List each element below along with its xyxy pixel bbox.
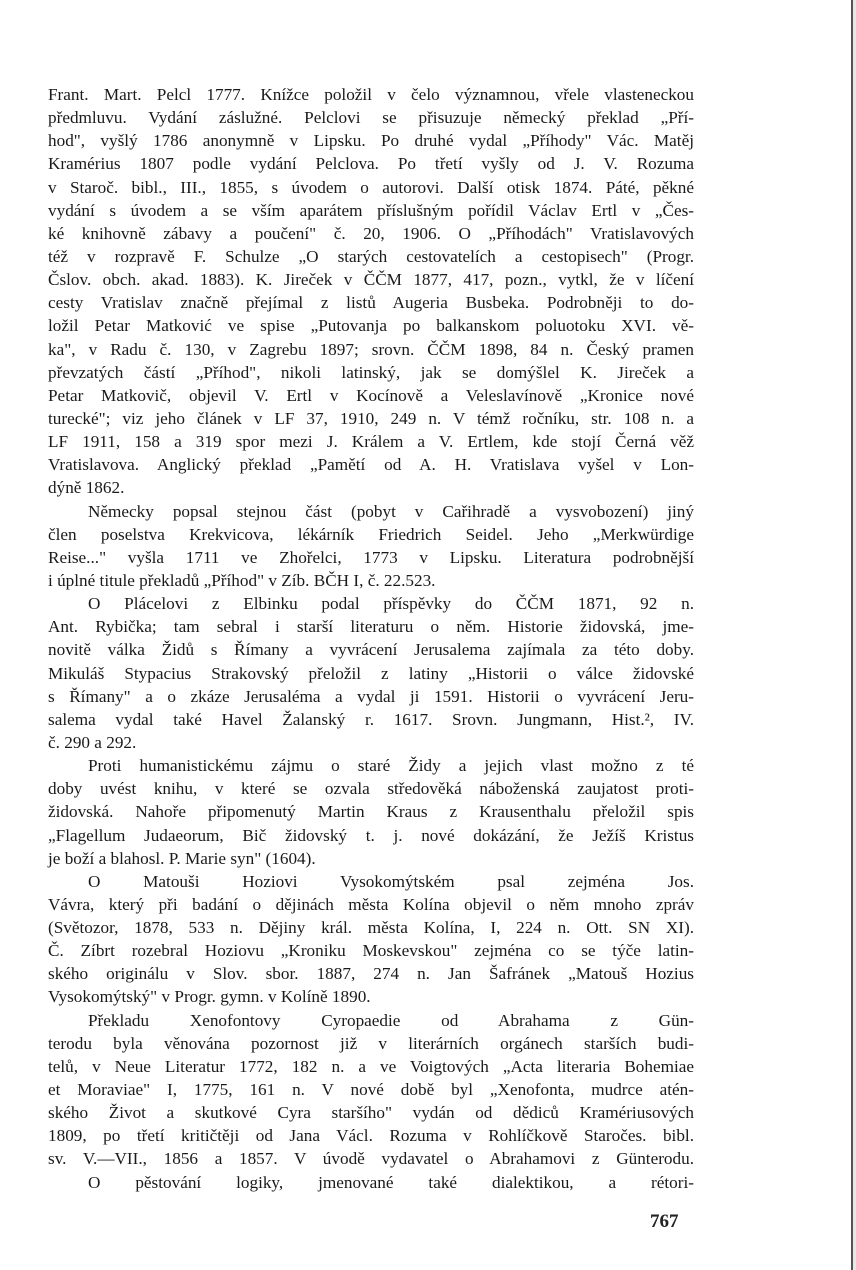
text-line: doby uvést knihu, v které se ozvala stře… xyxy=(48,777,694,800)
text-line: Čslov. obch. akad. 1883). K. Jireček v Č… xyxy=(48,268,694,291)
page-number: 767 xyxy=(650,1211,679,1233)
text-line: terodu byla věnována pozornost již v lit… xyxy=(48,1032,694,1055)
text-line: Kramérius 1807 podle vydání Pelclova. Po… xyxy=(48,152,694,175)
text-line: Reise..." vyšla 1711 ve Zhořelci, 1773 v… xyxy=(48,546,694,569)
text-line: Vávra, který při badání o dějinách města… xyxy=(48,893,694,916)
text-line: cesty Vratislav značně přejímal z listů … xyxy=(48,291,694,314)
text-line: LF 1911, 158 a 319 spor mezi J. Králem a… xyxy=(48,430,694,453)
text-line: předmluvu. Vydání záslužné. Pelclovi se … xyxy=(48,106,694,129)
paragraph-start-line: O Matouši Hoziovi Vysokomýtském psal zej… xyxy=(48,870,694,893)
text-line: „Flagellum Judaeorum, Bič židovský t. j.… xyxy=(48,824,694,847)
text-line: ké knihovně zábavy a poučení" č. 20, 190… xyxy=(48,222,694,245)
text-line: salema vydal také Havel Žalanský r. 1617… xyxy=(48,708,694,731)
paragraph-start-line: Proti humanistickému zájmu o staré Židy … xyxy=(48,754,694,777)
text-line: dýně 1862. xyxy=(48,476,694,499)
text-line: Mikuláš Stypacius Strakovský přeložil z … xyxy=(48,662,694,685)
text-line: Frant. Mart. Pelcl 1777. Knížce položil … xyxy=(48,83,694,106)
text-line: židovská. Nahoře připomenutý Martin Krau… xyxy=(48,800,694,823)
text-line: Ant. Rybička; tam sebral i starší litera… xyxy=(48,615,694,638)
text-line: je boží a blahosl. P. Marie syn" (1604). xyxy=(48,847,694,870)
text-line: ského Život a skutkové Cyra staršího" vy… xyxy=(48,1101,694,1124)
text-line: telů, v Neue Literatur 1772, 182 n. a ve… xyxy=(48,1055,694,1078)
text-line: č. 290 a 292. xyxy=(48,731,694,754)
text-line: i úplné titule překladů „Příhod" v Zíb. … xyxy=(48,569,694,592)
paragraph-start-line: Překladu Xenofontovy Cyropaedie od Abrah… xyxy=(48,1009,694,1032)
text-line: též v rozpravě F. Schulze „O starých ces… xyxy=(48,245,694,268)
page-edge-line xyxy=(851,0,853,1270)
text-line: et Moraviae" I, 1775, 161 n. V nové době… xyxy=(48,1078,694,1101)
text-line: Petar Matkovič, objevil V. Ertl v Kocíno… xyxy=(48,384,694,407)
text-line: vydání s úvodem a se vším aparátem přísl… xyxy=(48,199,694,222)
body-text: Frant. Mart. Pelcl 1777. Knížce položil … xyxy=(48,83,694,1194)
text-line: člen poselstva Krekvicova, lékárník Frie… xyxy=(48,523,694,546)
text-line: 1809, po třetí kritičtěji od Jana Václ. … xyxy=(48,1124,694,1147)
text-line: Vratislavova. Anglický překlad „Pamětí o… xyxy=(48,453,694,476)
text-line: ložil Petar Matković ve spise „Putovanja… xyxy=(48,314,694,337)
text-line: ka", v Radu č. 130, v Zagrebu 1897; srov… xyxy=(48,338,694,361)
text-line: (Světozor, 1878, 533 n. Dějiny král. měs… xyxy=(48,916,694,939)
text-line: ského originálu v Slov. sbor. 1887, 274 … xyxy=(48,962,694,985)
text-line: v Staroč. bibl., III., 1855, s úvodem o … xyxy=(48,176,694,199)
paragraph-start-line: Německy popsal stejnou část (pobyt v Cař… xyxy=(48,500,694,523)
text-line: převzatých částí „Příhod", nikoli latins… xyxy=(48,361,694,384)
text-line: s Římany" a o zkáze Jerusaléma a vydal j… xyxy=(48,685,694,708)
text-line: novitě válka Židů s Římany a vyvrácení J… xyxy=(48,638,694,661)
text-line: Č. Zíbrt rozebral Hoziovu „Kroniku Moske… xyxy=(48,939,694,962)
text-line: turecké"; viz jeho článek v LF 37, 1910,… xyxy=(48,407,694,430)
paragraph-start-line: O Plácelovi z Elbinku podal příspěvky do… xyxy=(48,592,694,615)
text-line: sv. V.—VII., 1856 a 1857. V úvodě vydava… xyxy=(48,1147,694,1170)
text-line: hod", vyšlý 1786 anonymně v Lipsku. Po d… xyxy=(48,129,694,152)
text-line: Vysokomýtský" v Progr. gymn. v Kolíně 18… xyxy=(48,985,694,1008)
paragraph-start-line: O pěstování logiky, jmenované také diale… xyxy=(48,1171,694,1194)
